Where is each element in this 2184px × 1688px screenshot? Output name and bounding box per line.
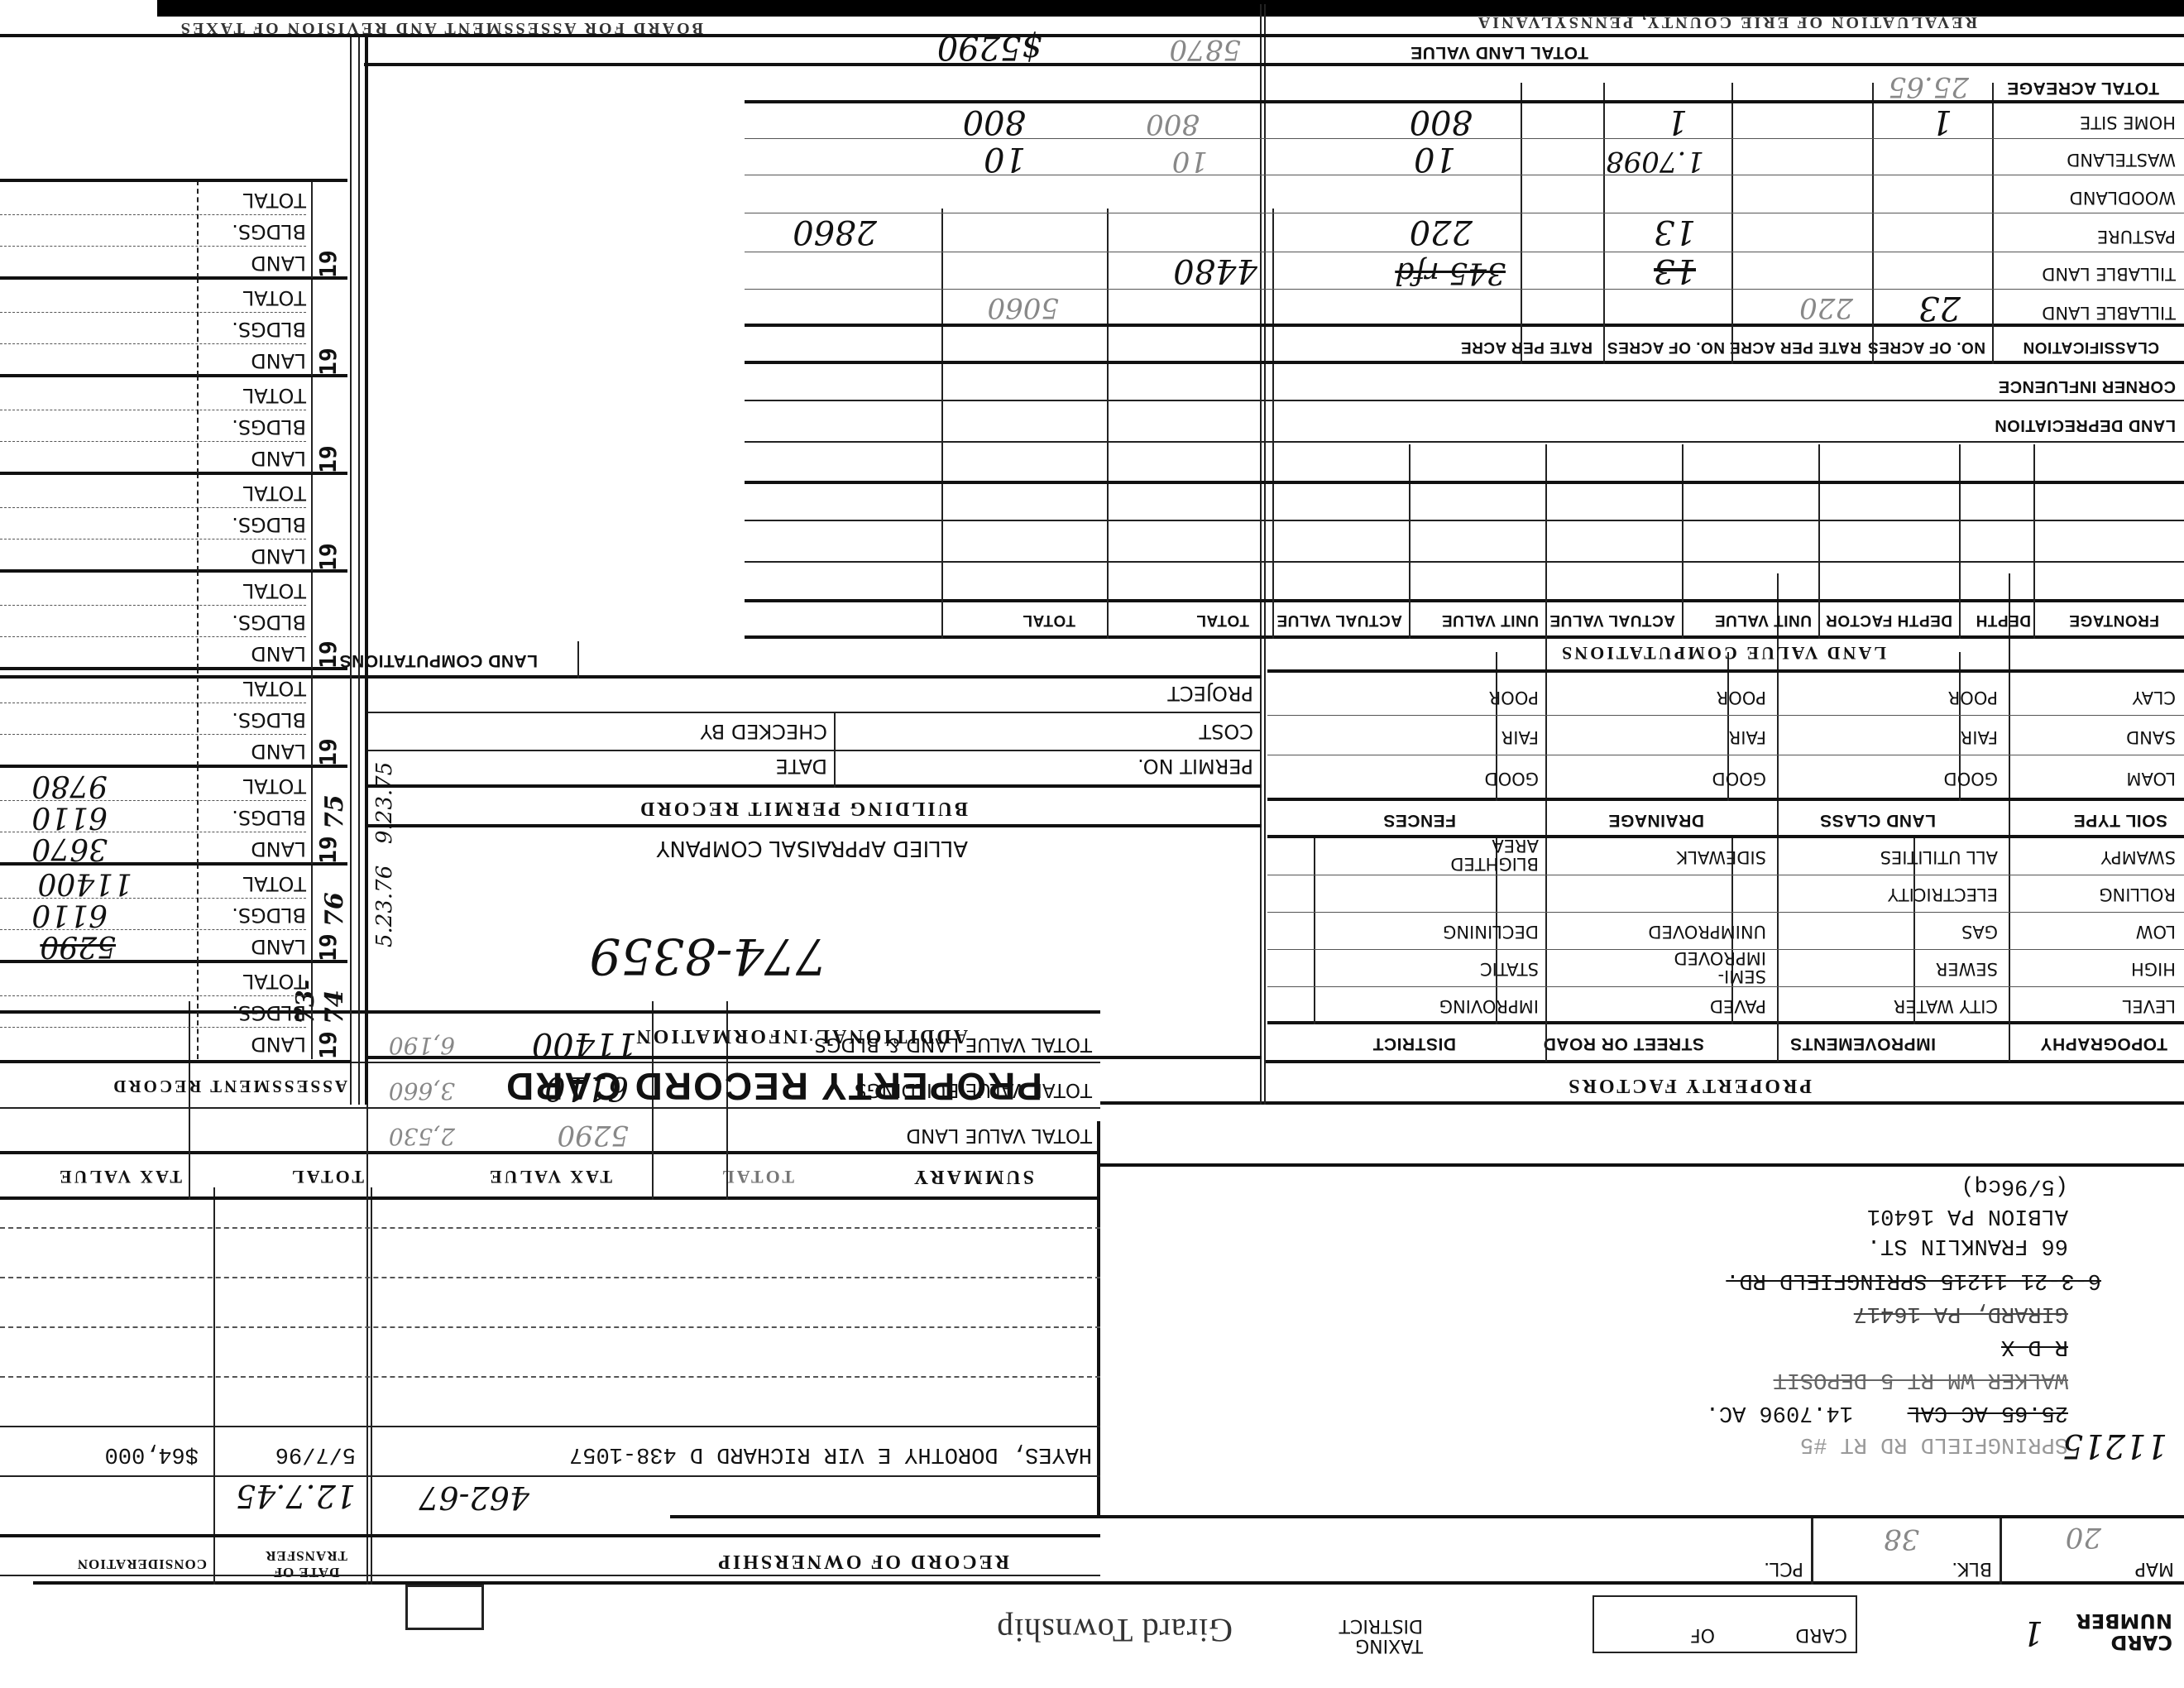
assessment-land-label: LAND [251,935,306,958]
summary-row-land-tax: 2,530 [389,1123,455,1150]
assessment-land-label: LAND [251,252,306,275]
assessment-side-note-76: 5.23.76 [372,866,397,947]
pf-city-water[interactable]: CITY WATER [1894,996,1998,1016]
permit-no-label: PERMIT NO. [1137,755,1253,778]
pf-clay[interactable]: CLAY [2133,688,2176,707]
address-handwritten-number: 11215 [2062,1427,2167,1465]
card-of-box: CARD OF [1592,1595,1857,1653]
summary-total2-header: TOTAL [290,1166,364,1187]
lvc-total-1: TOTAL [1196,611,1249,629]
lvc-frontage: FRONTAGE [2069,611,2159,629]
assessment-bldgs-label: BLDGS. [232,318,306,341]
pf-header-district: DISTRICT [1372,1033,1456,1053]
acreage-row-pasture-total: 2860 [793,213,877,251]
pf-low[interactable]: LOW [2136,922,2176,942]
pf-sewer[interactable]: SEWER [1936,959,1998,979]
of-label: OF [1690,1624,1715,1645]
acreage-total-value: 25.65 [1889,70,1969,103]
address-note: (5/96cq) [1961,1173,2068,1198]
ownership-row-0-name: 462-67 [419,1479,529,1516]
assessment-bldgs-label: BLDGS. [232,806,306,829]
blk-value: 38 [1884,1523,1919,1556]
pf-improving[interactable]: IMPROVING [1439,996,1539,1016]
pf-poor-class[interactable]: POOR [1948,688,1998,707]
permit-checked-label: CHECKED BY [700,720,827,743]
additional-info-company: ALLIED APPRAISAL COMPANY [657,836,968,861]
acreage-row-wasteland-rate: 10 [1414,140,1456,178]
pf-blighted-area[interactable]: BLIGHTED AREA [1415,837,1539,873]
assessment-total-label: TOTAL [243,286,306,309]
assessment-block-0: 19 73-74 LAND BLDGS. TOTAL [0,961,347,1059]
summary-total-header: TOTAL [720,1166,794,1187]
acreage-row-home-site-total1: 800 [1146,108,1200,141]
pf-header-land-class: LAND CLASS [1820,810,1936,830]
assessment-total-label: TOTAL [243,384,306,407]
property-factors-title: PROPERTY FACTORS [1566,1074,1812,1096]
lvc-land-depreciation: LAND DEPRECIATION [1995,415,2176,434]
acreage-row-tillable-1-rate: 220 [1799,291,1853,324]
lvc-total-2: TOTAL [1023,611,1075,629]
map-value: 20 [2066,1521,2101,1554]
lvc-actual-value-1: ACTUAL VALUE [1549,611,1675,629]
pf-fair-class[interactable]: FAIR [1961,727,1998,747]
assessment-total-label: TOTAL [243,579,306,602]
acreage-row-pasture-rate: 220 [1410,213,1473,251]
blk-label: BLK. [1952,1558,1992,1579]
total-land-value-label: TOTAL LAND VALUE [1410,42,1588,62]
card-title: PROPERTY RECORD CARD [505,1064,1042,1109]
address-city: ALBION PA 16401 [1867,1203,2068,1228]
acreage-row-tillable-1: TILLABLE LAND [2042,303,2176,323]
owner-old-line: WALKER WM RT 5 DEPOSIT [1774,1367,2068,1392]
assessment-block-7: 19 LAND BLDGS. TOTAL [0,278,347,376]
property-record-card: CARD NUMBER 1 CARD OF TAXING DISTRICT Gi… [0,0,2184,1688]
assessment-land-label: LAND [251,349,306,372]
acreage-current: 14.7096 AC. [1706,1400,1853,1425]
lvc-unit-value-1: UNIT VALUE [1714,611,1812,629]
acreage-row-pasture-acres: 13 [1654,213,1696,251]
assessment-bldgs-value: 6110 [31,800,108,834]
summary-title: SUMMARY [912,1165,1034,1187]
pf-static[interactable]: STATIC [1480,959,1539,979]
acreage-classification-header: CLASSIFICATION [2023,338,2159,356]
pf-good-drain[interactable]: GOOD [1712,769,1766,789]
summary-row-land-total: 5290 [557,1119,629,1152]
pf-poor-drain[interactable]: POOR [1717,688,1766,707]
pf-electricity[interactable]: ELECTRICITY [1888,885,1998,904]
acreage-row-home-site-total2: 800 [963,103,1026,141]
acreage-row-home-site-acres1: 1 [1932,103,1952,141]
acreage-row-tillable-2: TILLABLE LAND [2042,264,2176,284]
assessment-bldgs-label: BLDGS. [232,904,306,927]
card-number-value: 1 [2023,1614,2043,1652]
acreage-rate2-header: RATE PER ACRE [1460,338,1592,356]
pf-paved[interactable]: PAVED [1710,996,1766,1016]
assessment-bldgs-label: BLDGS. [232,1001,306,1024]
assessment-block-8: 19 LAND BLDGS. TOTAL [0,180,347,278]
assessment-total-label: TOTAL [243,970,306,993]
permit-cost-label: COST [1199,720,1253,743]
acreage-row-wasteland-acres: 1.7098 [1606,145,1704,178]
assessment-year-prefix: 19 [314,376,347,473]
assessment-block-5: 19 LAND BLDGS. TOTAL [0,473,347,571]
additional-info-title: ADDITIONAL INFORMATION [634,1024,968,1047]
summary-tax-value2-header: TAX VALUE [57,1166,182,1187]
acreage-acres1-header: NO. OF ACRES [1867,338,1985,356]
pf-good-class[interactable]: GOOD [1943,769,1998,789]
pf-rolling[interactable]: ROLLING [2099,885,2176,904]
assessment-year-hand: 76 [320,892,349,927]
map-label: MAP [2135,1558,2174,1579]
ownership-row-1-date: 5/7/96 [275,1441,356,1466]
pf-level[interactable]: LEVEL [2123,996,2176,1016]
lvc-actual-value-2: ACTUAL VALUE [1276,611,1402,629]
summary-row-land-label: TOTAL VALUE LAND [906,1125,1092,1146]
assessment-year-prefix: 19 [314,571,347,669]
ownership-row-1-name: HAYES, DOROTHY E VIR RICHARD D 438-1057 [569,1441,1092,1466]
pf-declining[interactable]: DECLINING [1443,922,1539,942]
pf-sand[interactable]: SAND [2126,727,2176,747]
assessment-land-label: LAND [251,740,306,763]
assessment-land-label: LAND [251,642,306,665]
assessment-land-label: LAND [251,447,306,470]
lvc-corner-influence: CORNER INFLUENCE [1998,376,2176,396]
lvc-unit-value-2: UNIT VALUE [1441,611,1539,629]
assessment-land-label: LAND [251,544,306,568]
acreage-total-label: TOTAL ACREAGE [2007,78,2159,98]
assessment-total-label: TOTAL [243,774,306,798]
ownership-row-1-consideration: $64,000 [105,1441,199,1466]
lvc-depth-factor: DEPTH FACTOR [1826,611,1952,629]
assessment-total-label: TOTAL [243,189,306,212]
assessment-bldgs-label: BLDGS. [232,708,306,731]
header-title: REVALUATION OF ERIE COUNTY, PENNSYLVANIA [1476,12,1977,31]
assessment-bldgs-value: 6110 [31,898,108,932]
taxing-district-label: TAXING DISTRICT [1291,1615,1423,1655]
header-board: BOARD FOR ASSESSMENT AND REVISION OF TAX… [179,18,703,37]
acreage-rate1-header: RATE PER ACRE [1729,338,1861,356]
acreage-row-wasteland-total1: 10 [1172,145,1208,178]
pf-header-street: STREET OR ROAD [1543,1033,1704,1053]
assessment-record-title: ASSESSMENT RECORD [111,1076,347,1096]
acreage-row-tillable-1-acres: 23 [1918,289,1961,327]
acreage-row-pasture: PASTURE [2097,227,2176,247]
permit-project-label: PROJECT [1167,682,1253,705]
lvc-depth: DEPTH [1976,611,2031,629]
address-old-line-2: 6-3-21 11215 SPRINGFIELD RD. [1726,1268,2101,1292]
land-value-computations-title: LAND VALUE COMPUTATIONS [1559,642,1886,664]
assessment-total-value: 11400 [37,866,132,900]
pf-header-topography: TOPOGRAPHY [2040,1033,2167,1053]
pcl-label: PCL. [1764,1558,1803,1579]
assessment-year-prefix: 19 [314,473,347,571]
building-permit-title: BUILDING PERMIT RECORD [638,797,968,819]
acreage-row-wasteland: WASTELAND [2067,150,2176,170]
assessment-total-label: TOTAL [243,872,306,895]
taxing-district-stamp: Girard Township [996,1611,1233,1650]
pf-gas[interactable]: GAS [1961,922,1998,942]
pf-semi-improved[interactable]: SEMI-IMPROVED [1634,949,1766,985]
pf-loam[interactable]: LOAM [2126,769,2176,789]
acreage-row-home-site-rate: 800 [1410,103,1473,141]
acreage-acres2-header: NO. OF ACRES [1607,338,1725,356]
assessment-land-label: LAND [251,1033,306,1056]
acreage-old: 25.65 AC CAL [1908,1400,2068,1425]
assessment-year-hand: 75 [320,794,349,829]
assessment-bldgs-label: BLDGS. [232,611,306,634]
address-street: 66 FRANKLIN ST. [1867,1233,2068,1258]
assessment-year-prefix: 19 [314,669,347,766]
assessment-year-prefix: 19 [314,278,347,376]
assessment-land-value: 5290 [40,929,116,963]
summary-row-bldgs-tax: 3,660 [389,1077,455,1105]
assessment-land-label: LAND [251,837,306,861]
ownership-row-0-date: 12.7.45 [236,1478,356,1514]
acreage-row-tillable-2-rate: 345 rfd [1395,256,1506,290]
land-computations-side-title: LAND COMPUTATIONS [339,650,538,670]
rd-old-line: R D X [2001,1334,2068,1359]
assessment-block-4: 19 LAND BLDGS. TOTAL [0,571,347,669]
permit-date-label: DATE [776,755,827,778]
acreage-row-tillable-1-total: 5060 [987,291,1059,324]
assessment-block-6: 19 LAND BLDGS. TOTAL [0,376,347,473]
pf-header-improvements: IMPROVEMENTS [1790,1033,1936,1053]
acreage-row-woodland: WOODLAND [2070,188,2176,208]
acreage-row-tillable-2-acres: 13 [1654,252,1696,290]
card-number-label: CARD NUMBER [2090,1610,2172,1653]
assessment-total-label: TOTAL [243,482,306,505]
assessment-block-2: 19 75 LAND BLDGS. TOTAL 3670 6110 9780 [0,766,347,864]
pf-fair-fence[interactable]: FAIR [1501,727,1539,747]
assessment-total-label: TOTAL [243,677,306,700]
city-old-line: GIRARD, PA 16417 [1854,1301,2068,1326]
pf-header-drainage: DRAINAGE [1608,810,1704,830]
assessment-block-1: 19 76 LAND BLDGS. TOTAL 5290 6110 11400 [0,864,347,961]
address-old-line: SPRINGFIELD RD RT #5 [1800,1431,2068,1456]
summary-tax-value-header: TAX VALUE [487,1166,612,1187]
pf-poor-fence[interactable]: POOR [1489,688,1539,707]
assessment-total-value: 9780 [31,769,108,803]
pf-header-fences: FENCES [1383,810,1456,830]
acreage-row-home-site-acres2: 1 [1667,103,1688,141]
assessment-year-prefix: 19 [314,180,347,278]
pf-header-soil: SOIL TYPE [2073,810,2167,830]
card-label: CARD [1795,1624,1847,1645]
assessment-side-note-75: 9.23.75 [372,762,397,844]
additional-info-phone: 774-8359 [590,927,828,985]
pf-all-utilities[interactable]: ALL UTILITIES [1880,847,1998,867]
assessment-bldgs-label: BLDGS. [232,220,306,243]
stamp-box [405,1585,484,1630]
pf-fair-drain[interactable]: FAIR [1729,727,1766,747]
total-land-value-1: 5870 [1169,33,1241,66]
pf-good-fence[interactable]: GOOD [1484,769,1539,789]
pf-swampy[interactable]: SWAMPY [2101,847,2176,867]
acreage-row-home-site: HOME SITE [2080,113,2176,132]
pf-unimproved[interactable]: UNIMPROVED [1648,922,1766,942]
ownership-consideration-header: CONSIDERATION [77,1556,207,1572]
assessment-grid: 19 73-74 LAND BLDGS. TOTAL 19 76 LAND BL… [0,41,347,1059]
pf-sidewalk[interactable]: SIDEWALK [1677,847,1766,867]
acreage-row-tillable-2-total: 4480 [1173,252,1257,290]
assessment-block-3: 19 LAND BLDGS. TOTAL [0,669,347,766]
assessment-land-value: 3670 [31,832,108,866]
ownership-title: RECORD OF OWNERSHIP [716,1550,1009,1572]
assessment-bldgs-label: BLDGS. [232,513,306,536]
pf-high[interactable]: HIGH [2131,959,2176,979]
assessment-bldgs-label: BLDGS. [232,415,306,439]
acreage-row-wasteland-total2: 10 [984,140,1026,178]
